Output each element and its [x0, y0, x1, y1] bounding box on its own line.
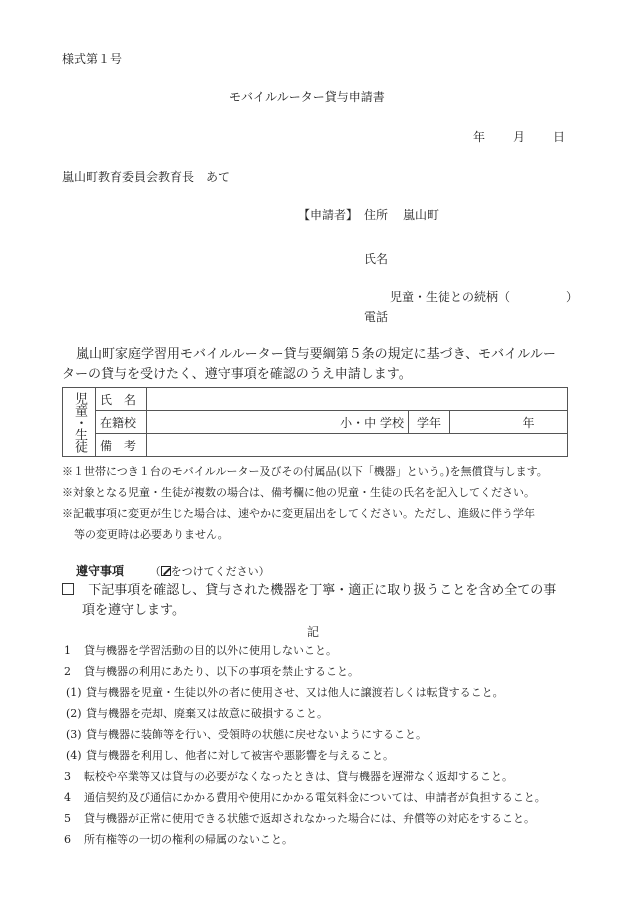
table-row-school: 在籍校 小・中 学校 学年 年	[63, 411, 568, 434]
school-suffix: 小・中 学校	[340, 416, 404, 430]
compliance-instruction: をつけてください）	[171, 565, 270, 578]
compliance-header: 遵守事項 （をつけてください）	[76, 563, 270, 579]
student-table: 児童・生徒 氏 名 在籍校 小・中 学校 学年 年 備 考	[62, 387, 568, 457]
year-label: 年	[473, 129, 485, 145]
applicant-label: 【申請者】	[298, 207, 358, 223]
agree-checkbox[interactable]	[62, 583, 74, 595]
note-3: ※記載事項に変更が生じた場合は、速やかに変更届出をしてください。ただし、進級に伴…	[62, 506, 535, 521]
table-row-name: 児童・生徒 氏 名	[63, 388, 568, 411]
compliance-instruction-open: （	[150, 565, 161, 578]
agree-text-1: 下記事項を確認し、貸与された機器を丁寧・適正に取り扱うことを含め全ての事	[88, 583, 556, 598]
rule-item: 2貸与機器の利用にあたり、以下の事項を禁止すること。	[64, 664, 359, 679]
rule-item: 3転校や卒業等又は貸与の必要がなくなったときは、貸与機器を遅滞なく返却すること。	[64, 769, 513, 784]
note-2: ※対象となる児童・生徒が複数の場合は、備考欄に他の児童・生徒の氏名を記入してくだ…	[62, 485, 535, 500]
grade-field[interactable]: 年	[450, 411, 568, 434]
name-label: 氏名	[364, 251, 388, 267]
rule-subitem: (4)貸与機器を利用し、他者に対して被害や悪影響を与えること。	[66, 748, 394, 763]
rule-item: 6所有権等の一切の権利の帰属のないこと。	[64, 832, 293, 847]
school-row-label: 在籍校	[96, 411, 147, 434]
address-label: 住所	[364, 207, 388, 223]
intro-line-2: ターの貸与を受けたく、遵守事項を確認のうえ申請します。	[62, 366, 412, 384]
addressee: 嵐山町教育委員会教育長 あて	[62, 169, 230, 185]
student-name-field[interactable]	[147, 388, 568, 411]
relation-close: ）	[566, 289, 578, 305]
checked-box-icon	[161, 566, 171, 576]
rule-subitem: (1)貸与機器を児童・生徒以外の者に使用させ、又は他人に譲渡若しくは転貸すること…	[66, 685, 504, 700]
form-number: 様式第１号	[62, 51, 122, 67]
grade-suffix: 年	[482, 416, 534, 430]
remarks-field[interactable]	[147, 434, 568, 457]
grade-label: 学年	[409, 411, 450, 434]
address-value: 嵐山町	[403, 207, 439, 223]
day-label: 日	[553, 129, 565, 145]
table-row-remarks: 備 考	[63, 434, 568, 457]
rule-item: 5貸与機器が正常に使用できる状態で返却されなかった場合には、弁償等の対応をするこ…	[64, 811, 535, 826]
intro-line-1: 嵐山町家庭学習用モバイルルーター貸与要綱第５条の規定に基づき、モバイルルー	[76, 346, 556, 364]
compliance-heading: 遵守事項	[76, 564, 124, 578]
ki-heading: 記	[307, 624, 319, 640]
rule-subitem: (2)貸与機器を売却、廃棄又は故意に破損すること。	[66, 706, 328, 721]
name-row-label: 氏 名	[96, 388, 147, 411]
month-label: 月	[513, 129, 525, 145]
compliance-agree-row[interactable]: 下記事項を確認し、貸与された機器を丁寧・適正に取り扱うことを含め全ての事	[62, 582, 556, 600]
remarks-row-label: 備 考	[96, 434, 147, 457]
rule-subitem: (3)貸与機器に装飾等を行い、受領時の状態に戻せないようにすること。	[66, 727, 427, 742]
rule-item: 1貸与機器を学習活動の目的以外に使用しないこと。	[64, 643, 337, 658]
rule-item: 4通信契約及び通信にかかる費用や使用にかかる電気料金については、申請者が負担する…	[64, 790, 546, 805]
student-group-label: 児童・生徒	[63, 388, 96, 457]
school-field[interactable]: 小・中 学校	[147, 411, 409, 434]
phone-label: 電話	[364, 309, 388, 325]
note-3-cont: 等の変更時は必要ありません。	[74, 527, 229, 542]
document-title: モバイルルーター貸与申請書	[229, 89, 385, 105]
agree-text-2: 項を遵守します。	[82, 602, 185, 620]
note-1: ※１世帯につき１台のモバイルルーター及びその付属品(以下「機器」という。)を無償…	[62, 464, 548, 479]
relation-label: 児童・生徒との続柄（	[390, 289, 510, 305]
